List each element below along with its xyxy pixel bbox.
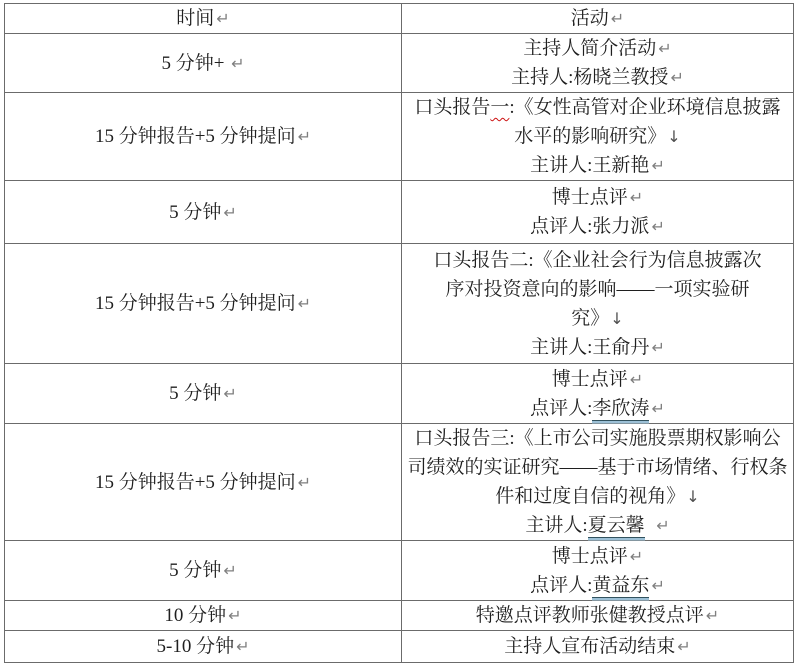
line-break-mark-icon: ↓ bbox=[609, 309, 623, 328]
activity-cell[interactable]: 主持人宣布活动结束↵ bbox=[402, 631, 794, 663]
time-text: 10 分钟 bbox=[164, 605, 226, 626]
activity-cell[interactable]: 口头报告一:《女性高管对企业环境信息披露 水平的影响研究》↓ 主讲人:王新艳↵ bbox=[402, 93, 794, 181]
person-name-underlined: 夏云馨 bbox=[588, 515, 645, 538]
pilcrow-mark-icon: ↵ bbox=[675, 637, 690, 656]
pilcrow-mark-icon: ↵ bbox=[649, 217, 664, 236]
report-title-text: 水平的影响研究》 bbox=[514, 126, 666, 147]
pilcrow-mark-icon: ↵ bbox=[221, 561, 236, 580]
report-title-text: 究》 bbox=[571, 308, 609, 329]
table-row: 5-10 分钟↵ 主持人宣布活动结束↵ bbox=[5, 631, 794, 663]
pilcrow-mark-icon: ↵ bbox=[229, 54, 244, 73]
pilcrow-mark-icon: ↵ bbox=[234, 637, 249, 656]
report-title-text: :《女性高管对企业环境信息披露 bbox=[509, 97, 780, 118]
time-cell[interactable]: 5 分钟↵ bbox=[5, 541, 402, 601]
time-cell[interactable]: 5 分钟↵ bbox=[5, 364, 402, 424]
activity-text: 博士点评 bbox=[552, 369, 628, 390]
time-text: 15 分钟报告+5 分钟提问 bbox=[95, 126, 296, 147]
table-row: 5 分钟↵ 博士点评↵ 点评人:李欣涛↵ bbox=[5, 364, 794, 424]
document-page: 时间↵ 活动↵ 5 分钟+ ↵ 主持人简介活动↵ 主持人:杨晓兰教授↵ 15 分… bbox=[0, 0, 799, 666]
line-break-mark-icon: ↓ bbox=[666, 127, 680, 146]
commenter-name-text: 点评人:张力派 bbox=[530, 216, 649, 237]
pilcrow-mark-icon: ↵ bbox=[628, 188, 643, 207]
activity-text: 博士点评 bbox=[552, 187, 628, 208]
time-text: 5 分钟 bbox=[169, 383, 221, 404]
report-title-text: 口头报告三:《上市公司实施股票期权影响公 bbox=[414, 428, 780, 449]
pilcrow-mark-icon: ↵ bbox=[296, 294, 311, 313]
pilcrow-mark-icon: ↵ bbox=[628, 370, 643, 389]
pilcrow-mark-icon: ↵ bbox=[649, 576, 664, 595]
pilcrow-mark-icon: ↵ bbox=[668, 68, 683, 87]
pilcrow-mark-icon: ↵ bbox=[296, 473, 311, 492]
person-name-underlined: 黄益东 bbox=[592, 575, 649, 598]
activity-cell[interactable]: 博士点评↵ 点评人:黄益东↵ bbox=[402, 541, 794, 601]
activity-cell[interactable]: 口头报告三:《上市公司实施股票期权影响公 司绩效的实证研究——基于市场情绪、行权… bbox=[402, 424, 794, 541]
activity-cell[interactable]: 主持人简介活动↵ 主持人:杨晓兰教授↵ bbox=[402, 34, 794, 93]
pilcrow-mark-icon: ↵ bbox=[704, 606, 719, 625]
activity-header-cell[interactable]: 活动↵ bbox=[402, 4, 794, 34]
pilcrow-mark-icon: ↵ bbox=[649, 338, 664, 357]
time-text: 15 分钟报告+5 分钟提问 bbox=[95, 293, 296, 314]
table-row: 5 分钟↵ 博士点评↵ 点评人:黄益东↵ bbox=[5, 541, 794, 601]
time-cell[interactable]: 5 分钟↵ bbox=[5, 181, 402, 244]
activity-cell[interactable]: 口头报告二:《企业社会行为信息披露次 序对投资意向的影响——一项实验研 究》↓ … bbox=[402, 244, 794, 364]
table-row: 15 分钟报告+5 分钟提问↵ 口头报告三:《上市公司实施股票期权影响公 司绩效… bbox=[5, 424, 794, 541]
pilcrow-mark-icon: ↵ bbox=[214, 9, 229, 28]
time-text: 15 分钟报告+5 分钟提问 bbox=[95, 472, 296, 493]
activity-cell[interactable]: 博士点评↵ 点评人:李欣涛↵ bbox=[402, 364, 794, 424]
pilcrow-mark-icon: ↵ bbox=[221, 203, 236, 222]
time-cell[interactable]: 15 分钟报告+5 分钟提问↵ bbox=[5, 424, 402, 541]
table-header-row: 时间↵ 活动↵ bbox=[5, 4, 794, 34]
commenter-label-text: 点评人: bbox=[530, 575, 592, 596]
report-title-text: 口头报告 bbox=[414, 97, 490, 118]
pilcrow-mark-icon: ↵ bbox=[649, 399, 664, 418]
time-header-cell[interactable]: 时间↵ bbox=[5, 4, 402, 34]
pilcrow-mark-icon: ↵ bbox=[221, 384, 236, 403]
time-text: 5 分钟 bbox=[169, 202, 221, 223]
time-cell[interactable]: 10 分钟↵ bbox=[5, 601, 402, 631]
pilcrow-mark-icon: ↵ bbox=[609, 9, 624, 28]
activity-cell[interactable]: 博士点评↵ 点评人:张力派↵ bbox=[402, 181, 794, 244]
speaker-name-text: 主讲人:王新艳 bbox=[530, 155, 649, 176]
activity-cell[interactable]: 特邀点评教师张健教授点评↵ bbox=[402, 601, 794, 631]
pilcrow-mark-icon: ↵ bbox=[649, 156, 664, 175]
commenter-label-text: 点评人: bbox=[530, 398, 592, 419]
time-text: 5 分钟 bbox=[169, 560, 221, 581]
report-title-text: 口头报告二:《企业社会行为信息披露次 bbox=[433, 250, 761, 271]
activity-text: 博士点评 bbox=[552, 546, 628, 567]
time-cell[interactable]: 15 分钟报告+5 分钟提问↵ bbox=[5, 244, 402, 364]
table-row: 15 分钟报告+5 分钟提问↵ 口头报告二:《企业社会行为信息披露次 序对投资意… bbox=[5, 244, 794, 364]
host-name-text: 主持人:杨晓兰教授 bbox=[511, 67, 668, 88]
table-row: 5 分钟+ ↵ 主持人简介活动↵ 主持人:杨晓兰教授↵ bbox=[5, 34, 794, 93]
time-cell[interactable]: 15 分钟报告+5 分钟提问↵ bbox=[5, 93, 402, 181]
activity-text: 特邀点评教师张健教授点评 bbox=[476, 605, 704, 626]
pilcrow-mark-icon: ↵ bbox=[296, 127, 311, 146]
time-text: 5-10 分钟 bbox=[157, 636, 235, 657]
table-row: 10 分钟↵ 特邀点评教师张健教授点评↵ bbox=[5, 601, 794, 631]
activity-text: 主持人简介活动 bbox=[523, 38, 656, 59]
time-cell[interactable]: 5-10 分钟↵ bbox=[5, 631, 402, 663]
spacer-text bbox=[645, 515, 655, 536]
pilcrow-mark-icon: ↵ bbox=[656, 39, 671, 58]
time-text: 5 分钟+ bbox=[161, 53, 229, 74]
pilcrow-mark-icon: ↵ bbox=[226, 606, 241, 625]
pilcrow-mark-icon: ↵ bbox=[654, 516, 669, 535]
pilcrow-mark-icon: ↵ bbox=[628, 547, 643, 566]
table-row: 15 分钟报告+5 分钟提问↵ 口头报告一:《女性高管对企业环境信息披露 水平的… bbox=[5, 93, 794, 181]
schedule-table: 时间↵ 活动↵ 5 分钟+ ↵ 主持人简介活动↵ 主持人:杨晓兰教授↵ 15 分… bbox=[4, 3, 794, 663]
line-break-mark-icon: ↓ bbox=[685, 487, 699, 506]
speaker-label-text: 主讲人: bbox=[525, 515, 587, 536]
speaker-name-text: 主讲人:王俞丹 bbox=[530, 337, 649, 358]
report-title-text: 司绩效的实证研究——基于市场情绪、行权条 bbox=[407, 457, 787, 478]
time-cell[interactable]: 5 分钟+ ↵ bbox=[5, 34, 402, 93]
time-header-label: 时间 bbox=[176, 8, 214, 29]
activity-header-label: 活动 bbox=[571, 8, 609, 29]
person-name-underlined: 李欣涛 bbox=[592, 398, 649, 421]
activity-text: 主持人宣布活动结束 bbox=[504, 636, 675, 657]
spellcheck-squiggle-text: 一 bbox=[490, 97, 509, 118]
report-title-text: 件和过度自信的视角》 bbox=[495, 486, 685, 507]
report-title-text: 序对投资意向的影响——一项实验研 bbox=[445, 279, 749, 300]
table-row: 5 分钟↵ 博士点评↵ 点评人:张力派↵ bbox=[5, 181, 794, 244]
